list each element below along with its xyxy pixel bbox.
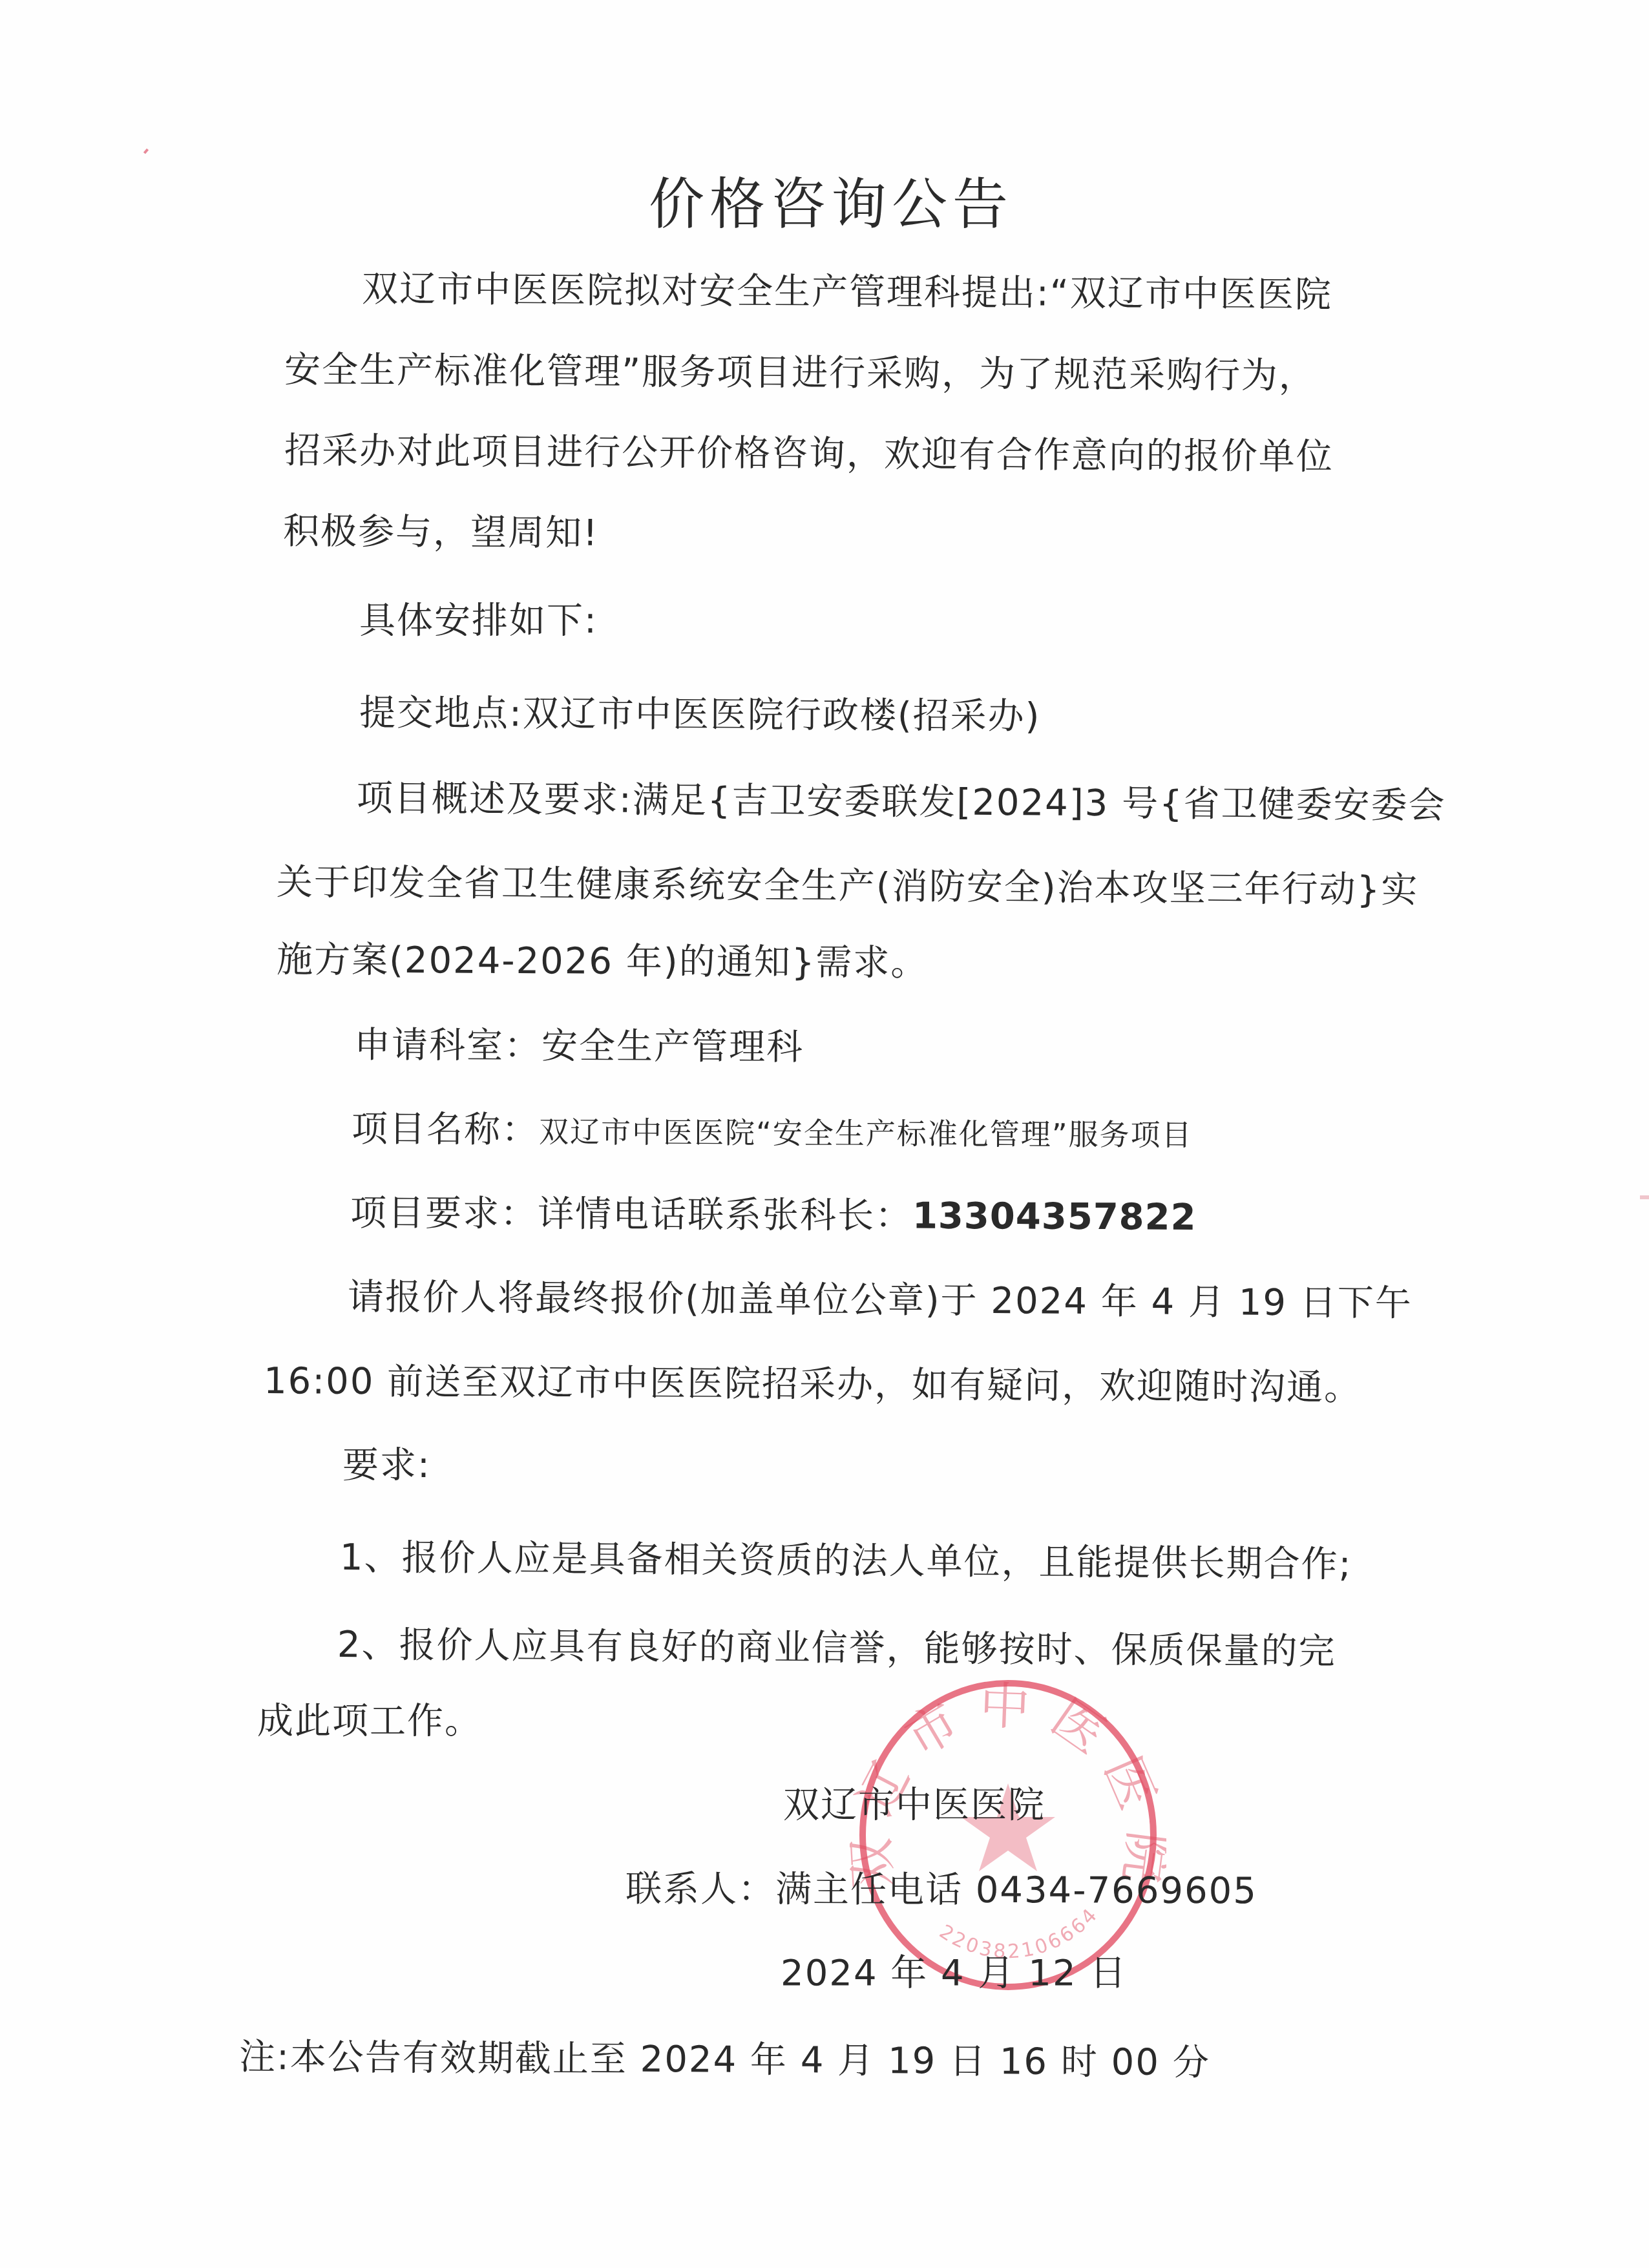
project-requirement-label: 项目要求：: [350, 1192, 538, 1235]
signature-contact-label: 联系人：: [625, 1868, 775, 1911]
overview-line-1: 项目概述及要求:满足{吉卫安委联发[2024]3 号{省卫健委安委会: [357, 775, 1446, 830]
overview-line-3: 施方案(2024-2026 年)的通知}需求。: [277, 937, 929, 987]
overview-line-2: 关于印发全省卫生健康系统安全生产(消防安全)治本攻坚三年行动}实: [277, 859, 1419, 914]
requirements-heading: 要求:: [342, 1442, 431, 1489]
intro-line-3: 招采办对此项目进行公开价格咨询，欢迎有合作意向的报价单位: [284, 428, 1334, 481]
project-requirement-value: 详情电话联系张科长：: [538, 1193, 912, 1237]
intro-line-4: 积极参与，望周知!: [283, 509, 599, 557]
project-name-row: 项目名称：双辽市中医医院“安全生产标准化管理”服务项目: [352, 1106, 1193, 1159]
official-seal: 双辽市中医医院 2203821066640: [850, 1674, 1166, 1997]
project-name-label: 项目名称：: [352, 1108, 539, 1151]
project-requirement-row: 项目要求：详情电话联系张科长：13304357822: [350, 1190, 1197, 1241]
deadline-line-1: 请报价人将最终报价(加盖单位公章)于 2024 年 4 月 19 日下午: [348, 1274, 1413, 1327]
project-name-value: 双辽市中医医院“安全生产标准化管理”服务项目: [539, 1115, 1193, 1153]
department-row: 申请科室：安全生产管理科: [354, 1022, 804, 1071]
department-value: 安全生产管理科: [541, 1025, 804, 1069]
department-label: 申请科室：: [354, 1024, 541, 1067]
contact-phone: 13304357822: [912, 1195, 1197, 1239]
intro-line-2: 安全生产标准化管理”服务项目进行采购，为了规范采购行为，: [284, 347, 1316, 400]
signature-organization: 双辽市中医医院: [783, 1782, 1045, 1829]
document-title: 价格咨询公告: [6, 169, 1649, 240]
deadline-line-2: 16:00 前送至双辽市中医医院招采办，如有疑问，欢迎随时沟通。: [264, 1358, 1362, 1411]
intro-line-1: 双辽市中医医院拟对安全生产管理科提出:“双辽市中医医院: [362, 266, 1332, 319]
requirement-item-2-continued: 成此项工作。: [257, 1698, 482, 1745]
signature-contact-value: 满主任电话 0434-7669605: [775, 1869, 1257, 1913]
arrangement-heading: 具体安排如下:: [359, 598, 598, 644]
ink-speck: [143, 149, 149, 154]
signature-contact-row: 联系人：满主任电话 0434-7669605: [625, 1866, 1257, 1915]
validity-note: 注:本公告有效期截止至 2024 年 4 月 19 日 16 时 00 分: [239, 2034, 1210, 2086]
requirement-item-2: 2、报价人应具有良好的商业信誉，能够按时、保质保量的完: [337, 1622, 1336, 1675]
submission-location: 提交地点:双辽市中医医院行政楼(招采办): [359, 690, 1041, 740]
requirement-item-1: 1、报价人应是具备相关资质的法人单位，且能提供长期合作;: [340, 1535, 1352, 1588]
document-page: 价格咨询公告 双辽市中医医院拟对安全生产管理科提出:“双辽市中医医院 安全生产标…: [0, 0, 1649, 2268]
scan-edge-mark: [1640, 1195, 1649, 1199]
signature-date: 2024 年 4 月 12 日: [781, 1950, 1127, 1997]
